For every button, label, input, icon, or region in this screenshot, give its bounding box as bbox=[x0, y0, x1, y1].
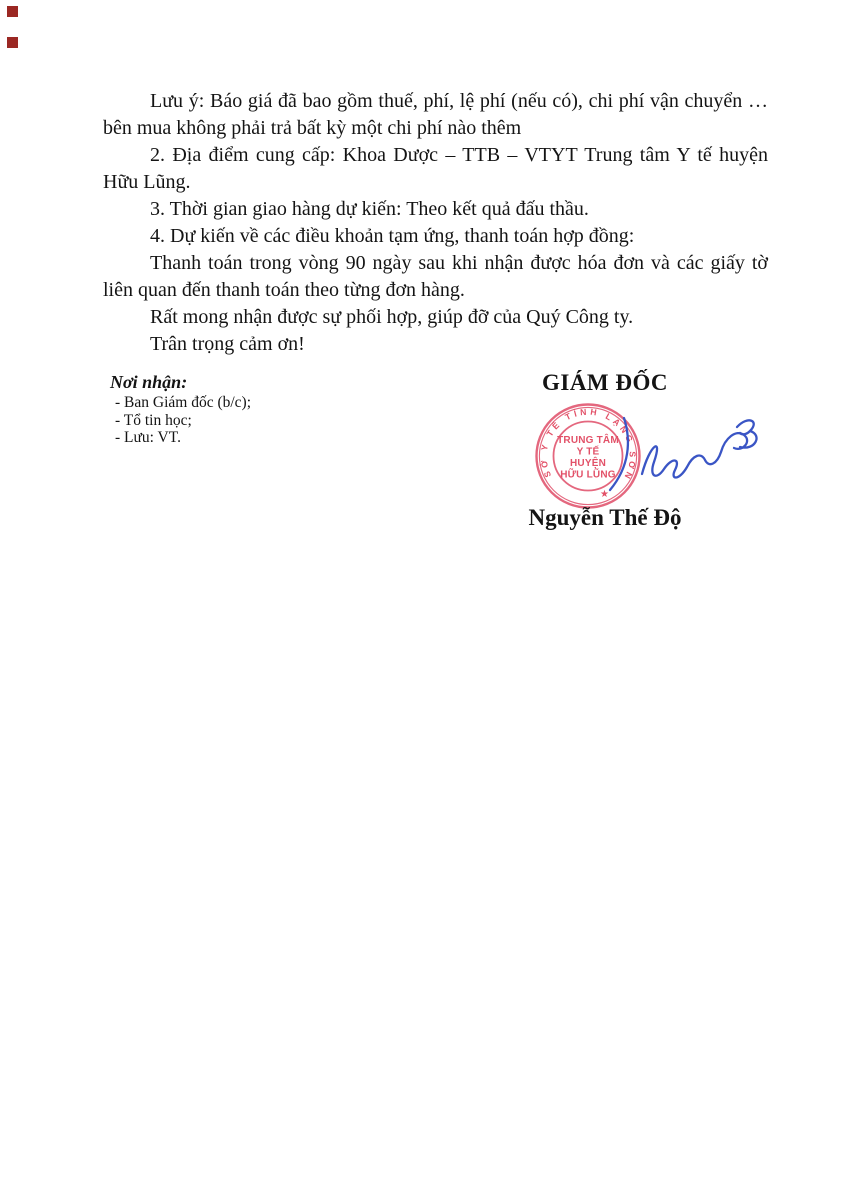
body-line: Trân trọng cảm ơn! bbox=[103, 331, 768, 358]
recipients-label: Nơi nhận: bbox=[110, 372, 370, 392]
recipient-item: - Lưu: VT. bbox=[110, 429, 370, 447]
signer-name: Nguyễn Thế Độ bbox=[460, 505, 750, 531]
recipient-item: - Tổ tin học; bbox=[110, 412, 370, 430]
document-body: Lưu ý: Báo giá đã bao gồm thuế, phí, lệ … bbox=[103, 88, 768, 358]
recipients-list: - Ban Giám đốc (b/c); - Tổ tin học; - Lư… bbox=[110, 394, 370, 447]
recipient-item: - Ban Giám đốc (b/c); bbox=[110, 394, 370, 412]
body-line: 4. Dự kiến về các điều khoản tạm ứng, th… bbox=[103, 223, 768, 250]
document-page: Lưu ý: Báo giá đã bao gồm thuế, phí, lệ … bbox=[0, 0, 848, 1200]
body-line: bên mua không phải trả bất kỳ một chi ph… bbox=[103, 115, 768, 142]
body-line: 2. Địa điểm cung cấp: Khoa Dược – TTB – … bbox=[103, 142, 768, 169]
signer-title: GIÁM ĐỐC bbox=[460, 371, 750, 395]
body-line: Rất mong nhận được sự phối hợp, giúp đỡ … bbox=[103, 304, 768, 331]
body-line: liên quan đến thanh toán theo từng đơn h… bbox=[103, 277, 768, 304]
body-line: Hữu Lũng. bbox=[103, 169, 768, 196]
signature-icon bbox=[596, 408, 764, 500]
body-line: 3. Thời gian giao hàng dự kiến: Theo kết… bbox=[103, 196, 768, 223]
body-line: Lưu ý: Báo giá đã bao gồm thuế, phí, lệ … bbox=[103, 88, 768, 115]
body-line: Thanh toán trong vòng 90 ngày sau khi nh… bbox=[103, 250, 768, 277]
director-signature bbox=[596, 408, 764, 500]
scan-artifact-bottom bbox=[7, 37, 18, 48]
scan-artifact-top bbox=[7, 6, 18, 17]
recipients-block: Nơi nhận: - Ban Giám đốc (b/c); - Tổ tin… bbox=[110, 372, 370, 447]
